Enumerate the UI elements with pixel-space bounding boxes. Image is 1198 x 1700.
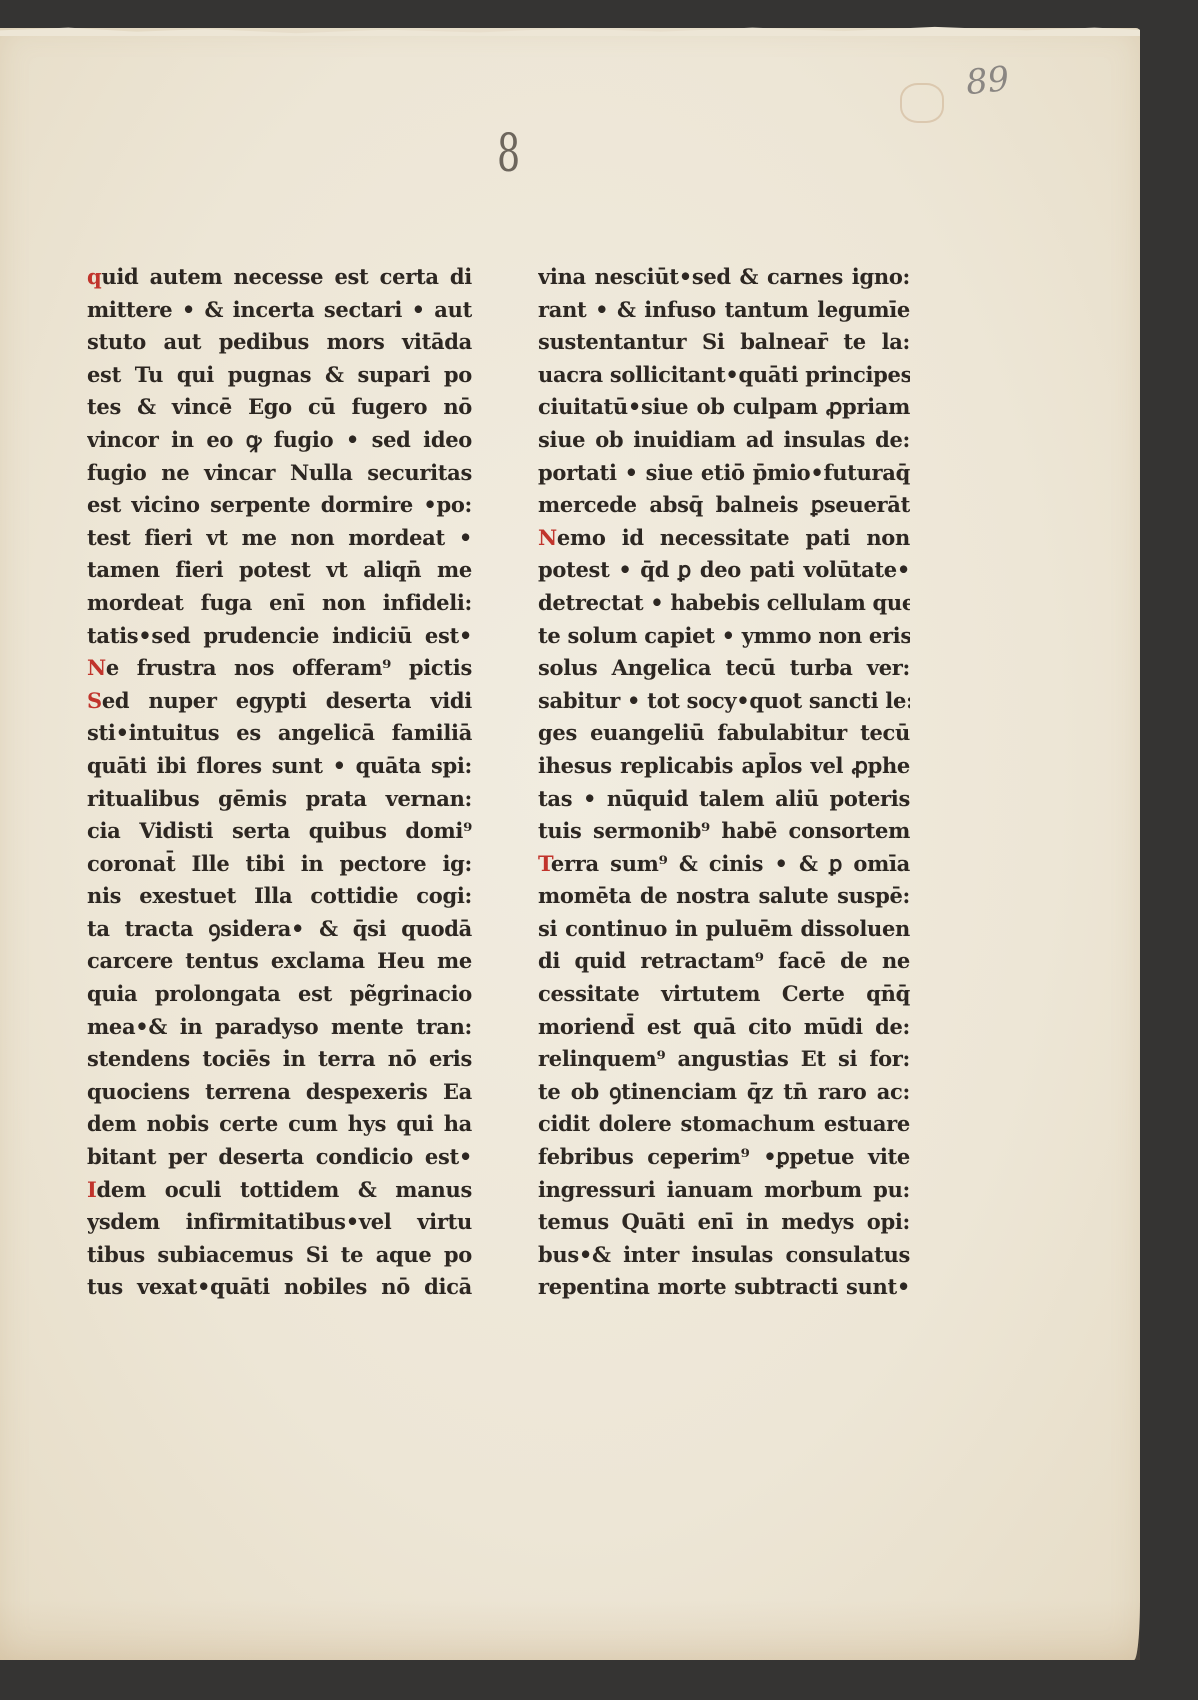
text-line: temus Quāti enī in medys opi: <box>538 1206 910 1239</box>
text-line: Nemo id necessitate pati non <box>538 522 910 555</box>
paper-stain <box>900 83 944 123</box>
text-line: potest • q̄d ꝑ deo pati volūtate• <box>538 554 910 587</box>
line-text: sustentantur Si balnear̄ te la: <box>538 329 910 354</box>
text-line: quia prolongata est pẽgrinacio <box>87 978 472 1011</box>
text-line: ingressuri ianuam morbum pu: <box>538 1174 910 1207</box>
text-line: ihesus replicabis apl̄os vel ꝓphe <box>538 750 910 783</box>
line-text: tibus subiacemus Si te aque po <box>87 1242 472 1267</box>
text-line: sustentantur Si balnear̄ te la: <box>538 326 910 359</box>
line-text: bus•& inter insulas consulatus <box>538 1242 910 1267</box>
line-text: sti•intuitus es angelicā familiā <box>87 720 472 745</box>
text-line: si continuo in puluēm dissoluen <box>538 913 910 946</box>
line-text: nis exestuet Illa cottidie cogi: <box>87 883 472 908</box>
line-text: ges euangeliū fabulabitur tecū <box>538 720 910 745</box>
line-text: mittere • & incerta sectari • aut <box>87 297 472 322</box>
text-line: est Tu qui pugnas & supari po <box>87 359 472 392</box>
line-text: temus Quāti enī in medys opi: <box>538 1209 910 1234</box>
text-line: Sed nuper egypti deserta vidi <box>87 685 472 718</box>
text-line: tamen fieri potest vt aliqn̄ me <box>87 554 472 587</box>
line-text: coronat̄ Ille tibi in pectore ig: <box>87 851 472 876</box>
rubricated-initial: N <box>87 655 106 680</box>
rubricated-initial: N <box>538 525 557 550</box>
text-column-right: vina nesciūt•sed & carnes igno:rant • & … <box>538 261 910 1304</box>
text-line: vincor in eo ꝙ fugio • sed ideo <box>87 424 472 457</box>
line-text: ed nuper egypti deserta vidi <box>102 688 472 713</box>
text-line: moriend̄ est quā cito mūdi de: <box>538 1011 910 1044</box>
line-text: dem oculi tottidem & manus <box>97 1177 472 1202</box>
line-text: cidit dolere stomachum estuare <box>538 1111 910 1136</box>
text-line: stuto aut pedibus mors vitāda <box>87 326 472 359</box>
line-text: fugio ne vincar Nulla securitas <box>87 460 472 485</box>
line-text: test fieri vt me non mordeat • <box>87 525 472 550</box>
text-line: coronat̄ Ille tibi in pectore ig: <box>87 848 472 881</box>
line-text: ysdem infirmitatibus•vel virtu <box>87 1209 472 1234</box>
line-text: uacra sollicitant•quāti principes <box>538 362 910 387</box>
line-text: solus Angelica tecū turba ver: <box>538 655 910 680</box>
line-text: mercede absq̄ balneis ꝑseuerāt <box>538 492 910 517</box>
text-line: ritualibus gēmis prata vernan: <box>87 783 472 816</box>
text-line: bus•& inter insulas consulatus <box>538 1239 910 1272</box>
text-line: repentina morte subtracti sunt• <box>538 1271 910 1304</box>
rubricated-initial: T <box>538 851 551 876</box>
text-line: est vicino serpente dormire •po: <box>87 489 472 522</box>
line-text: te solum capiet • ymmo non eris <box>538 623 910 648</box>
text-line: mercede absq̄ balneis ꝑseuerāt <box>538 489 910 522</box>
text-line: te ob ꝯtinenciam q̄z tn̄ raro ac: <box>538 1076 910 1109</box>
text-line: ciuitatū•siue ob culpam ꝓpriam <box>538 391 910 424</box>
text-line: tibus subiacemus Si te aque po <box>87 1239 472 1272</box>
line-text: tuis sermonib⁹ habē consortem <box>538 818 910 843</box>
line-text: vina nesciūt•sed & carnes igno: <box>538 264 910 289</box>
line-text: relinquem⁹ angustias Et si for: <box>538 1046 910 1071</box>
line-text: uid autem necesse est certa di <box>101 264 472 289</box>
line-text: potest • q̄d ꝑ deo pati volūtate• <box>538 557 910 582</box>
line-text: si continuo in puluēm dissoluen <box>538 916 910 941</box>
line-text: ingressuri ianuam morbum pu: <box>538 1177 910 1202</box>
line-text: erra sum⁹ & cinis • & ꝑ omīa <box>551 851 910 876</box>
text-line: nis exestuet Illa cottidie cogi: <box>87 880 472 913</box>
text-line: mordeat fuga enī non infideli: <box>87 587 472 620</box>
line-text: stuto aut pedibus mors vitāda <box>87 329 472 354</box>
text-line: sti•intuitus es angelicā familiā <box>87 717 472 750</box>
text-line: rant • & infuso tantum legumīe <box>538 294 910 327</box>
line-text: tus vexat•quāti nobiles nō dicā <box>87 1274 472 1299</box>
line-text: mea•& in paradyso mente tran: <box>87 1014 472 1039</box>
text-line: di quid retractam⁹ facē de ne <box>538 945 910 978</box>
text-line: tus vexat•quāti nobiles nō dicā <box>87 1271 472 1304</box>
text-line: bitant per deserta condicio est• <box>87 1141 472 1174</box>
line-text: detrectat • habebis cellulam que <box>538 590 910 615</box>
line-text: te ob ꝯtinenciam q̄z tn̄ raro ac: <box>538 1079 910 1104</box>
line-text: dem nobis certe cum hys qui ha <box>87 1111 472 1136</box>
line-text: repentina morte subtracti sunt• <box>538 1274 910 1299</box>
rubricated-initial: S <box>87 688 102 713</box>
text-line: uacra sollicitant•quāti principes <box>538 359 910 392</box>
text-line: te solum capiet • ymmo non eris <box>538 620 910 653</box>
text-line: vina nesciūt•sed & carnes igno: <box>538 261 910 294</box>
text-line: fugio ne vincar Nulla securitas <box>87 457 472 490</box>
line-text: ta tracta ꝯsidera• & q̄si quodā <box>87 916 472 941</box>
line-text: portati • siue etiō p̄mio•futuraq̄ <box>538 460 910 485</box>
rubricated-initial: q <box>87 264 101 289</box>
text-column-left: quid autem necesse est certa dimittere •… <box>87 261 472 1304</box>
line-text: quociens terrena despexeris Ea <box>87 1079 472 1104</box>
line-text: tatis•sed prudencie indiciū est• <box>87 623 472 648</box>
line-text: quia prolongata est pẽgrinacio <box>87 981 472 1006</box>
text-line: febribus ceperim⁹ •ꝑpetue vite <box>538 1141 910 1174</box>
text-line: ges euangeliū fabulabitur tecū <box>538 717 910 750</box>
text-line: portati • siue etiō p̄mio•futuraq̄ <box>538 457 910 490</box>
line-text: sabitur • tot socy•quot sancti le: <box>538 688 910 713</box>
text-line: relinquem⁹ angustias Et si for: <box>538 1043 910 1076</box>
line-text: ritualibus gēmis prata vernan: <box>87 786 472 811</box>
text-line: stendens tociēs in terra nō eris <box>87 1043 472 1076</box>
line-text: tas • nūquid talem aliū poteris <box>538 786 910 811</box>
text-line: detrectat • habebis cellulam que <box>538 587 910 620</box>
text-line: mittere • & incerta sectari • aut <box>87 294 472 327</box>
line-text: moriend̄ est quā cito mūdi de: <box>538 1014 910 1039</box>
text-line: ta tracta ꝯsidera• & q̄si quodā <box>87 913 472 946</box>
text-line: cidit dolere stomachum estuare <box>538 1108 910 1141</box>
line-text: emo id necessitate pati non <box>557 525 910 550</box>
line-text: cessitate virtutem Certe qn̄q̄ <box>538 981 910 1006</box>
text-line: quāti ibi flores sunt • quāta spi: <box>87 750 472 783</box>
text-line: Idem oculi tottidem & manus <box>87 1174 472 1207</box>
text-line: tatis•sed prudencie indiciū est• <box>87 620 472 653</box>
line-text: quāti ibi flores sunt • quāta spi: <box>87 753 472 778</box>
text-line: Ne frustra nos offeram⁹ pictis <box>87 652 472 685</box>
signature-mark: 8 <box>497 128 520 180</box>
line-text: vincor in eo ꝙ fugio • sed ideo <box>87 427 472 452</box>
text-line: quid autem necesse est certa di <box>87 261 472 294</box>
text-line: siue ob inuidiam ad insulas de: <box>538 424 910 457</box>
rubricated-initial: I <box>87 1177 97 1202</box>
text-line: cia Vidisti serta quibus domi⁹ <box>87 815 472 848</box>
text-line: cessitate virtutem Certe qn̄q̄ <box>538 978 910 1011</box>
line-text: mordeat fuga enī non infideli: <box>87 590 472 615</box>
line-text: rant • & infuso tantum legumīe <box>538 297 910 322</box>
text-line: mea•& in paradyso mente tran: <box>87 1011 472 1044</box>
line-text: ciuitatū•siue ob culpam ꝓpriam <box>538 394 910 419</box>
text-line: tes & vincē Ego cū fugero nō <box>87 391 472 424</box>
folio-number: 89 <box>964 62 1011 100</box>
text-line: dem nobis certe cum hys qui ha <box>87 1108 472 1141</box>
line-text: e frustra nos offeram⁹ pictis <box>106 655 472 680</box>
line-text: momēta de nostra salute suspē: <box>538 883 910 908</box>
text-line: tuis sermonib⁹ habē consortem <box>538 815 910 848</box>
line-text: bitant per deserta condicio est• <box>87 1144 472 1169</box>
line-text: febribus ceperim⁹ •ꝑpetue vite <box>538 1144 910 1169</box>
line-text: est Tu qui pugnas & supari po <box>87 362 472 387</box>
manuscript-page: 89 8 quid autem necesse est certa dimitt… <box>0 28 1140 1660</box>
text-line: quociens terrena despexeris Ea <box>87 1076 472 1109</box>
text-line: carcere tentus exclama Heu me <box>87 945 472 978</box>
line-text: carcere tentus exclama Heu me <box>87 948 472 973</box>
text-line: test fieri vt me non mordeat • <box>87 522 472 555</box>
text-line: momēta de nostra salute suspē: <box>538 880 910 913</box>
text-line: tas • nūquid talem aliū poteris <box>538 783 910 816</box>
line-text: siue ob inuidiam ad insulas de: <box>538 427 910 452</box>
line-text: stendens tociēs in terra nō eris <box>87 1046 472 1071</box>
text-line: sabitur • tot socy•quot sancti le: <box>538 685 910 718</box>
text-line: Terra sum⁹ & cinis • & ꝑ omīa <box>538 848 910 881</box>
line-text: cia Vidisti serta quibus domi⁹ <box>87 818 472 843</box>
line-text: tes & vincē Ego cū fugero nō <box>87 394 472 419</box>
line-text: di quid retractam⁹ facē de ne <box>538 948 910 973</box>
line-text: tamen fieri potest vt aliqn̄ me <box>87 557 472 582</box>
line-text: ihesus replicabis apl̄os vel ꝓphe <box>538 753 910 778</box>
line-text: est vicino serpente dormire •po: <box>87 492 472 517</box>
text-line: solus Angelica tecū turba ver: <box>538 652 910 685</box>
text-line: ysdem infirmitatibus•vel virtu <box>87 1206 472 1239</box>
